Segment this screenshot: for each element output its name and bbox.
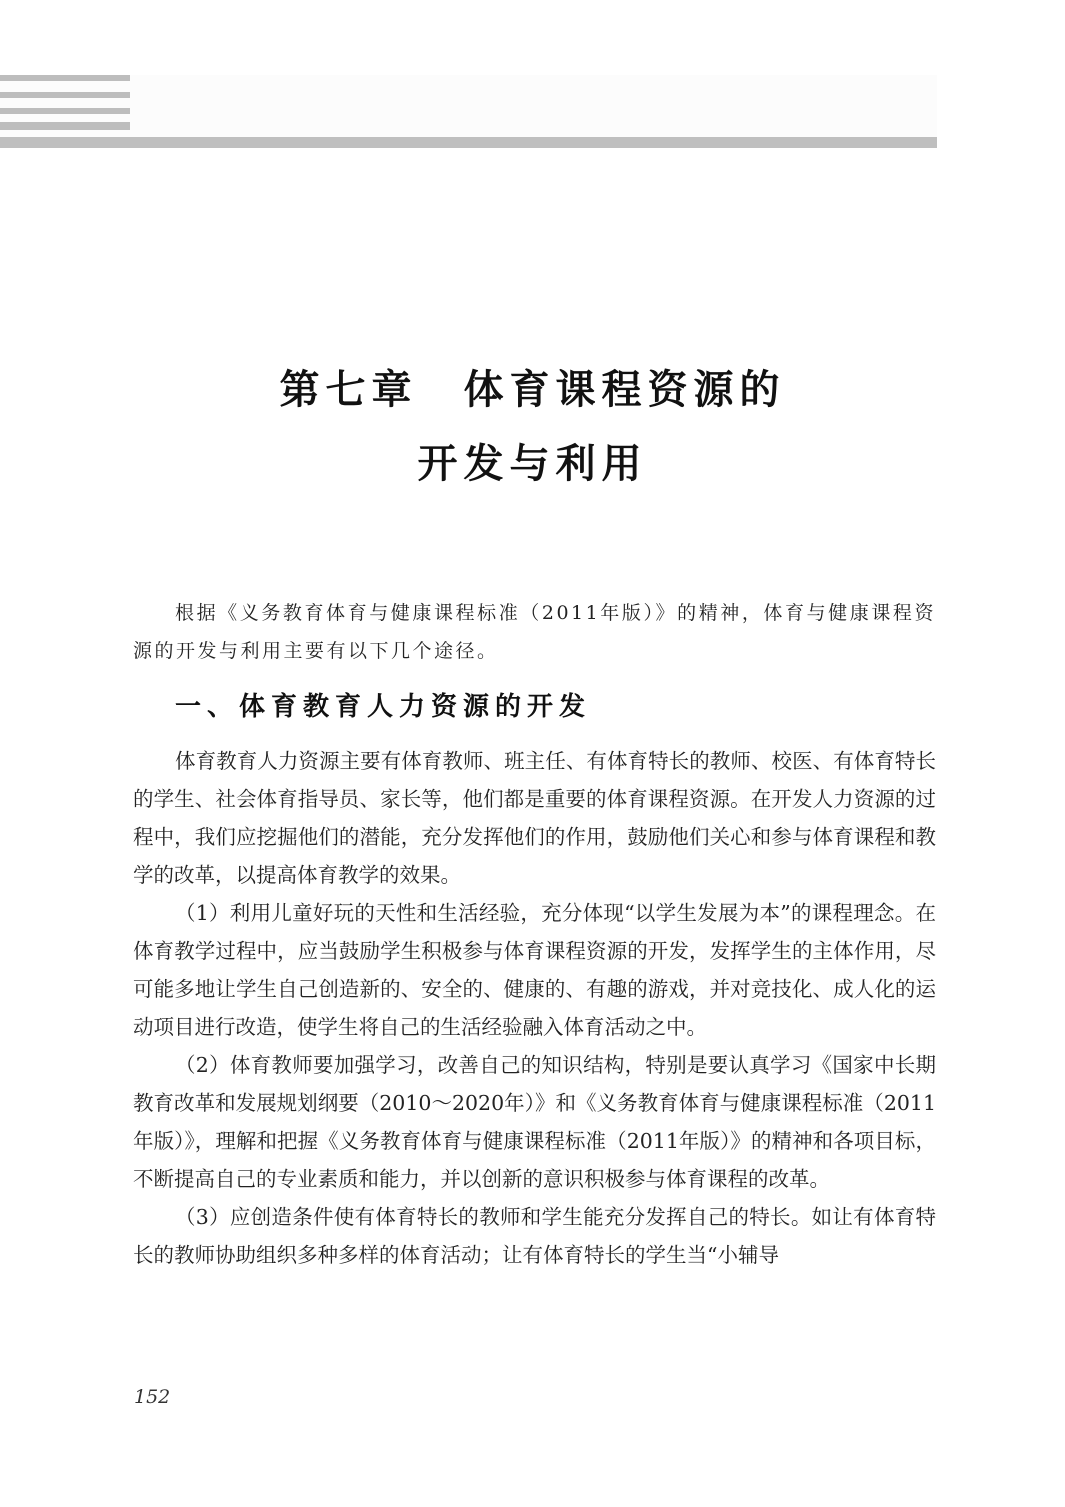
paragraph: （2）体育教师要加强学习，改善自己的知识结构，特别是要认真学习《国家中长期教育改… [133,1046,936,1198]
paragraph: （3）应创造条件使有体育特长的教师和学生能充分发挥自己的特长。如让有体育特长的教… [133,1198,936,1274]
header-band [0,75,937,137]
intro-paragraph: 根据《义务教育体育与健康课程标准（2011年版）》的精神，体育与健康课程资源的开… [133,594,936,670]
section-body: 体育教育人力资源主要有体育教师、班主任、有体育特长的教师、校医、有体育特长的学生… [133,742,936,1274]
intro-text: 根据《义务教育体育与健康课程标准（2011年版）》的精神，体育与健康课程资源的开… [133,594,936,670]
header-stripe [0,75,130,81]
header-stripe [0,122,130,130]
chapter-title-line1: 第七章 体育课程资源的 [0,358,1065,415]
section-heading: 一、体育教育人力资源的开发 [175,686,591,723]
chapter-title-line2: 开发与利用 [0,432,1065,489]
header-rule [0,137,937,148]
header-stripe [0,108,130,114]
paragraph: （1）利用儿童好玩的天性和生活经验，充分体现“以学生发展为本”的课程理念。在体育… [133,894,936,1046]
page-number: 152 [134,1386,170,1408]
header-stripe [0,92,130,98]
paragraph: 体育教育人力资源主要有体育教师、班主任、有体育特长的教师、校医、有体育特长的学生… [133,742,936,894]
